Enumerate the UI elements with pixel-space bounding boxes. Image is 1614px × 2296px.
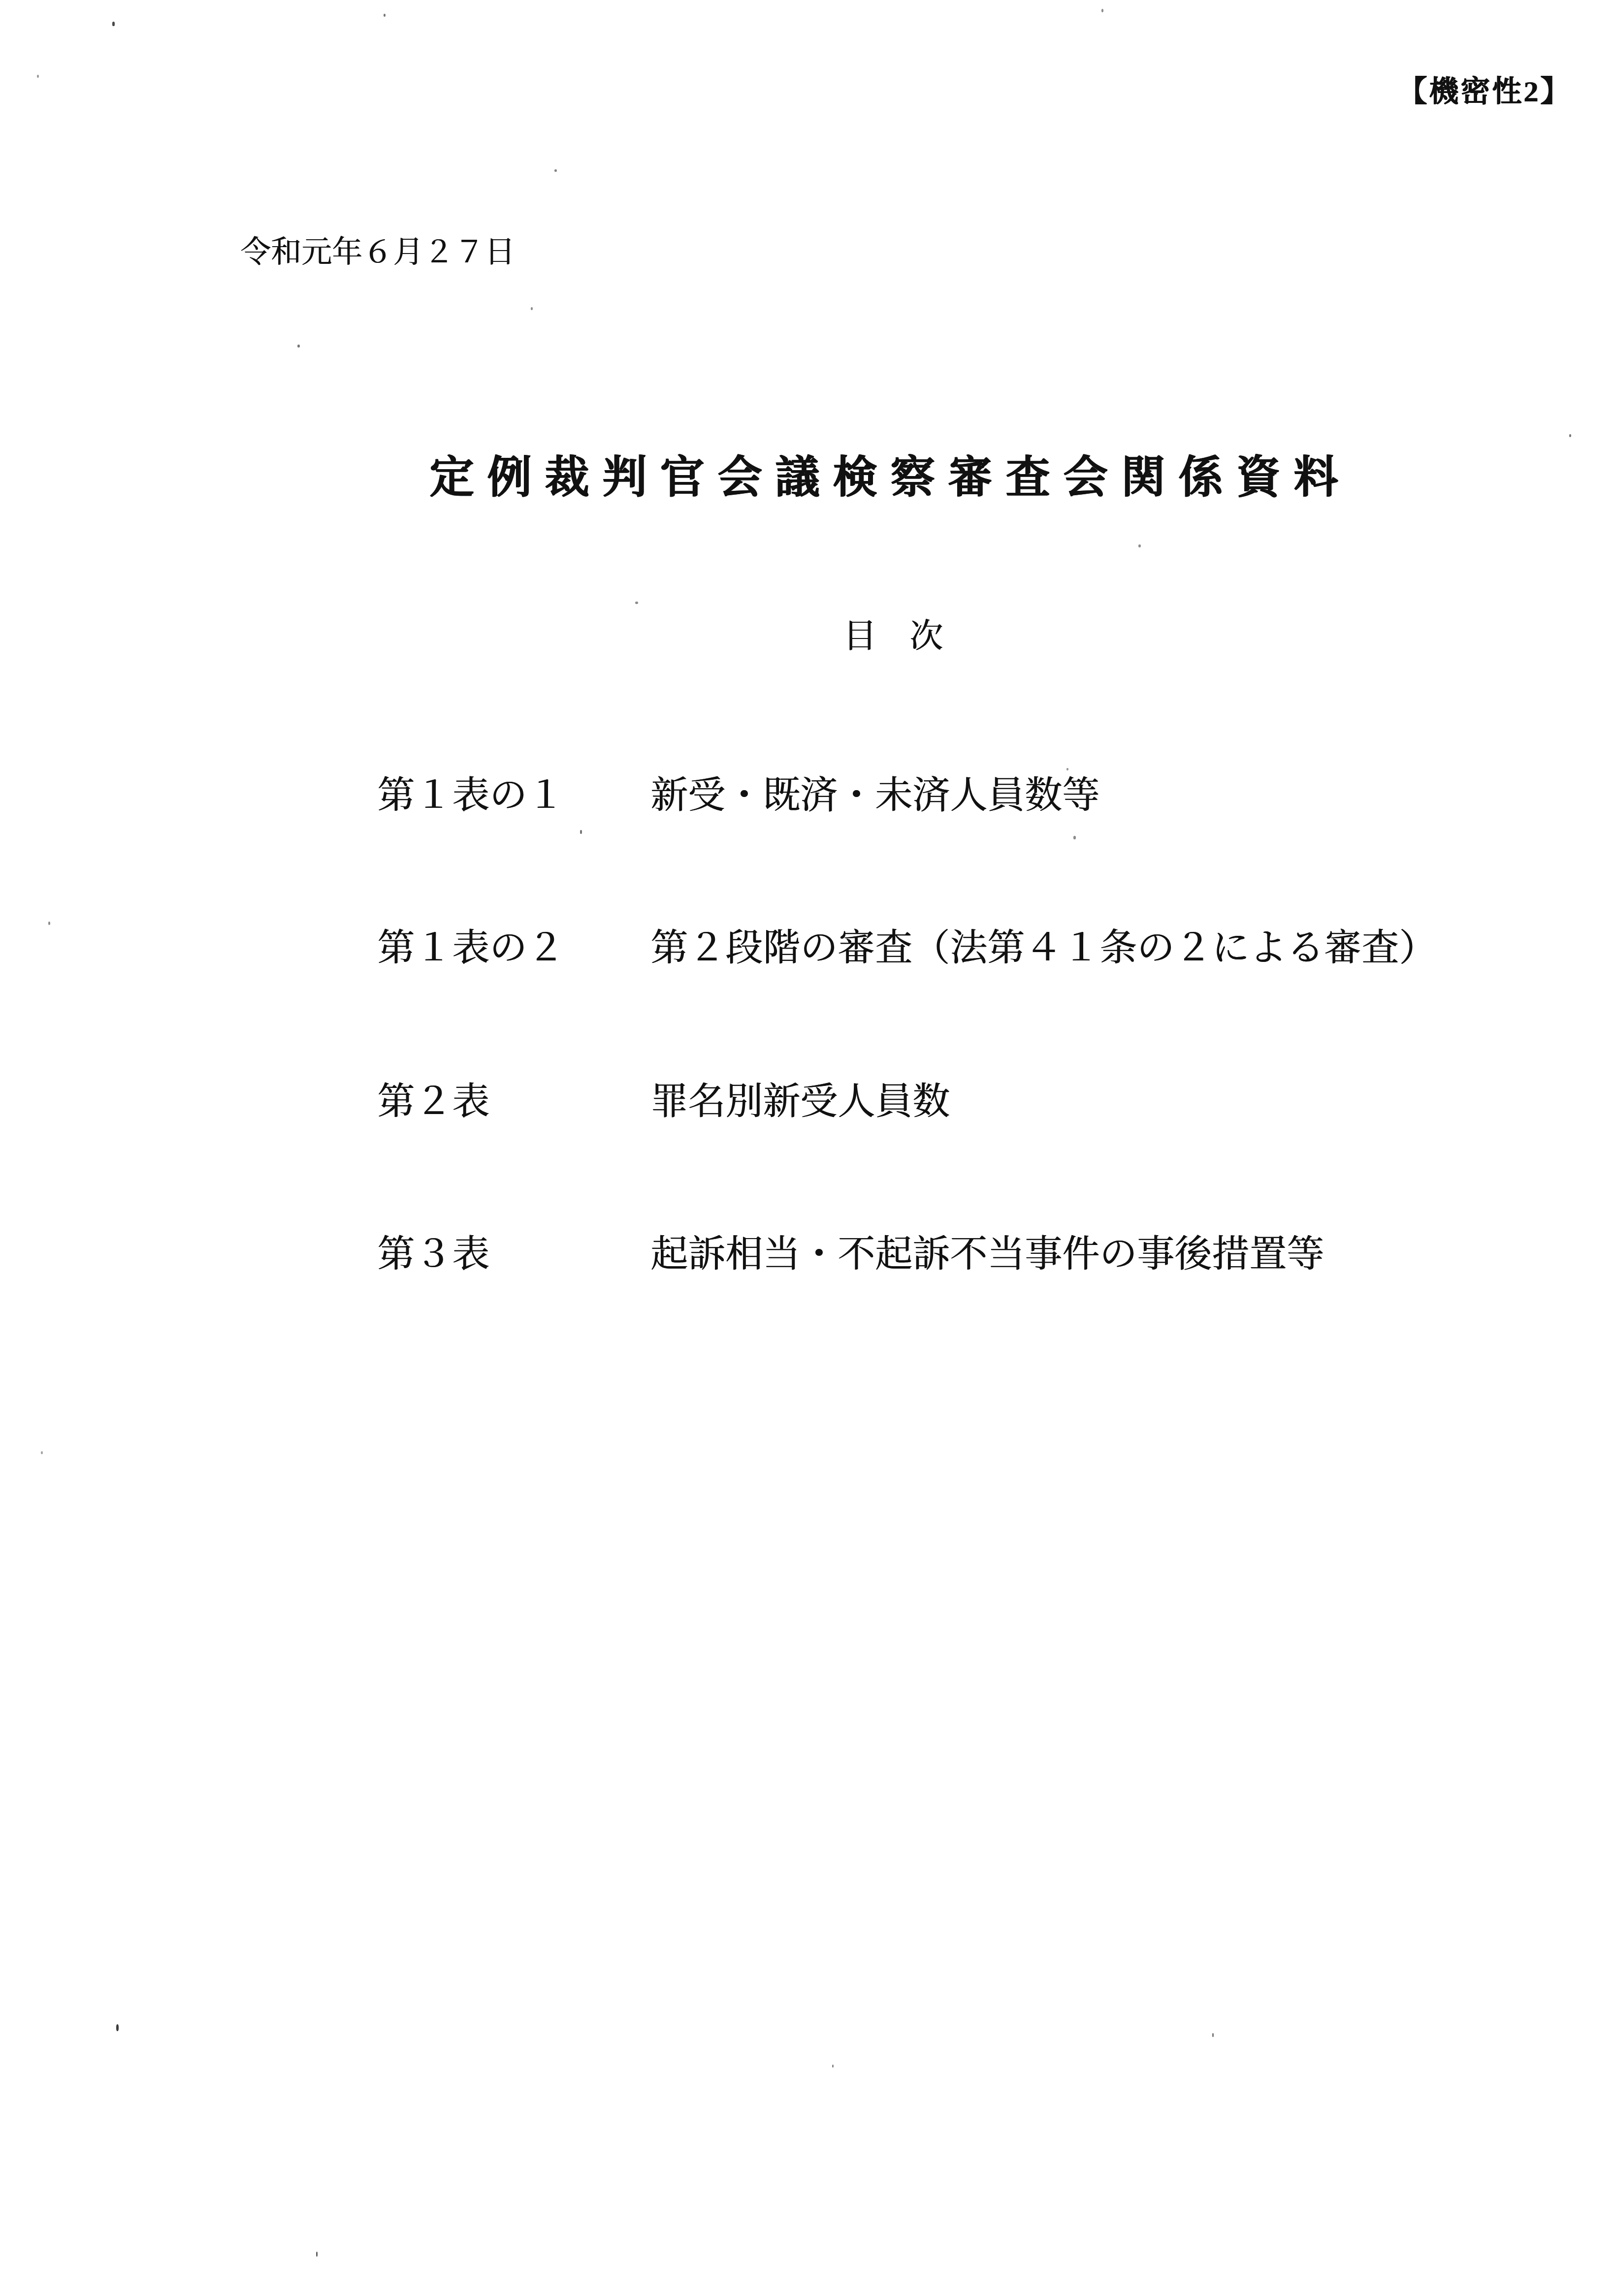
scan-speckle: [531, 307, 533, 310]
scan-speckle: [1138, 544, 1141, 547]
scan-speckle: [1569, 434, 1571, 437]
scan-speckle: [1073, 836, 1076, 839]
scan-speckle: [384, 14, 386, 17]
scan-speckle: [316, 2252, 318, 2257]
scan-speckle: [1101, 9, 1103, 12]
toc-entry-label: 第１表の２: [377, 929, 650, 967]
scan-speckle: [580, 830, 582, 834]
toc-entry: 第１表の２第２段階の審査（法第４１条の２による審査）: [377, 929, 1436, 967]
scan-speckle: [832, 2065, 834, 2068]
scan-speckle: [1212, 2033, 1214, 2037]
toc-entry: 第２表罪名別新受人員数: [377, 1083, 950, 1120]
document-date: 令和元年６月２７日: [240, 237, 515, 268]
scan-speckle: [48, 922, 50, 925]
scan-speckle: [116, 2024, 119, 2031]
toc-entry-label: 第２表: [377, 1083, 650, 1120]
toc-entry-title: 新受・既済・未済人員数等: [650, 777, 1099, 814]
toc-entry: 第１表の１新受・既済・未済人員数等: [377, 777, 1099, 814]
document-title: 定例裁判官会議検察審査会関係資料: [429, 456, 1351, 500]
scan-speckle: [112, 22, 115, 26]
toc-entry-label: 第１表の１: [377, 777, 650, 814]
toc-entry-title: 第２段階の審査（法第４１条の２による審査）: [650, 929, 1436, 967]
toc-entry-label: 第３表: [377, 1236, 650, 1273]
toc-entry-title: 起訴相当・不起訴不当事件の事後措置等: [650, 1236, 1324, 1273]
scanned-document-page: 【機密性2】 令和元年６月２７日 定例裁判官会議検察審査会関係資料 目 次 第１…: [0, 0, 1614, 2296]
confidentiality-label: 【機密性2】: [1397, 68, 1572, 110]
scan-speckle: [554, 169, 557, 172]
scan-speckle: [1066, 768, 1068, 770]
scan-speckle: [37, 75, 39, 78]
scan-speckle: [41, 1451, 43, 1454]
toc-entry-title: 罪名別新受人員数: [650, 1083, 950, 1120]
scan-speckle: [297, 345, 300, 348]
toc-entry: 第３表起訴相当・不起訴不当事件の事後措置等: [377, 1236, 1324, 1273]
toc-heading: 目 次: [843, 619, 943, 653]
scan-speckle: [635, 602, 638, 604]
